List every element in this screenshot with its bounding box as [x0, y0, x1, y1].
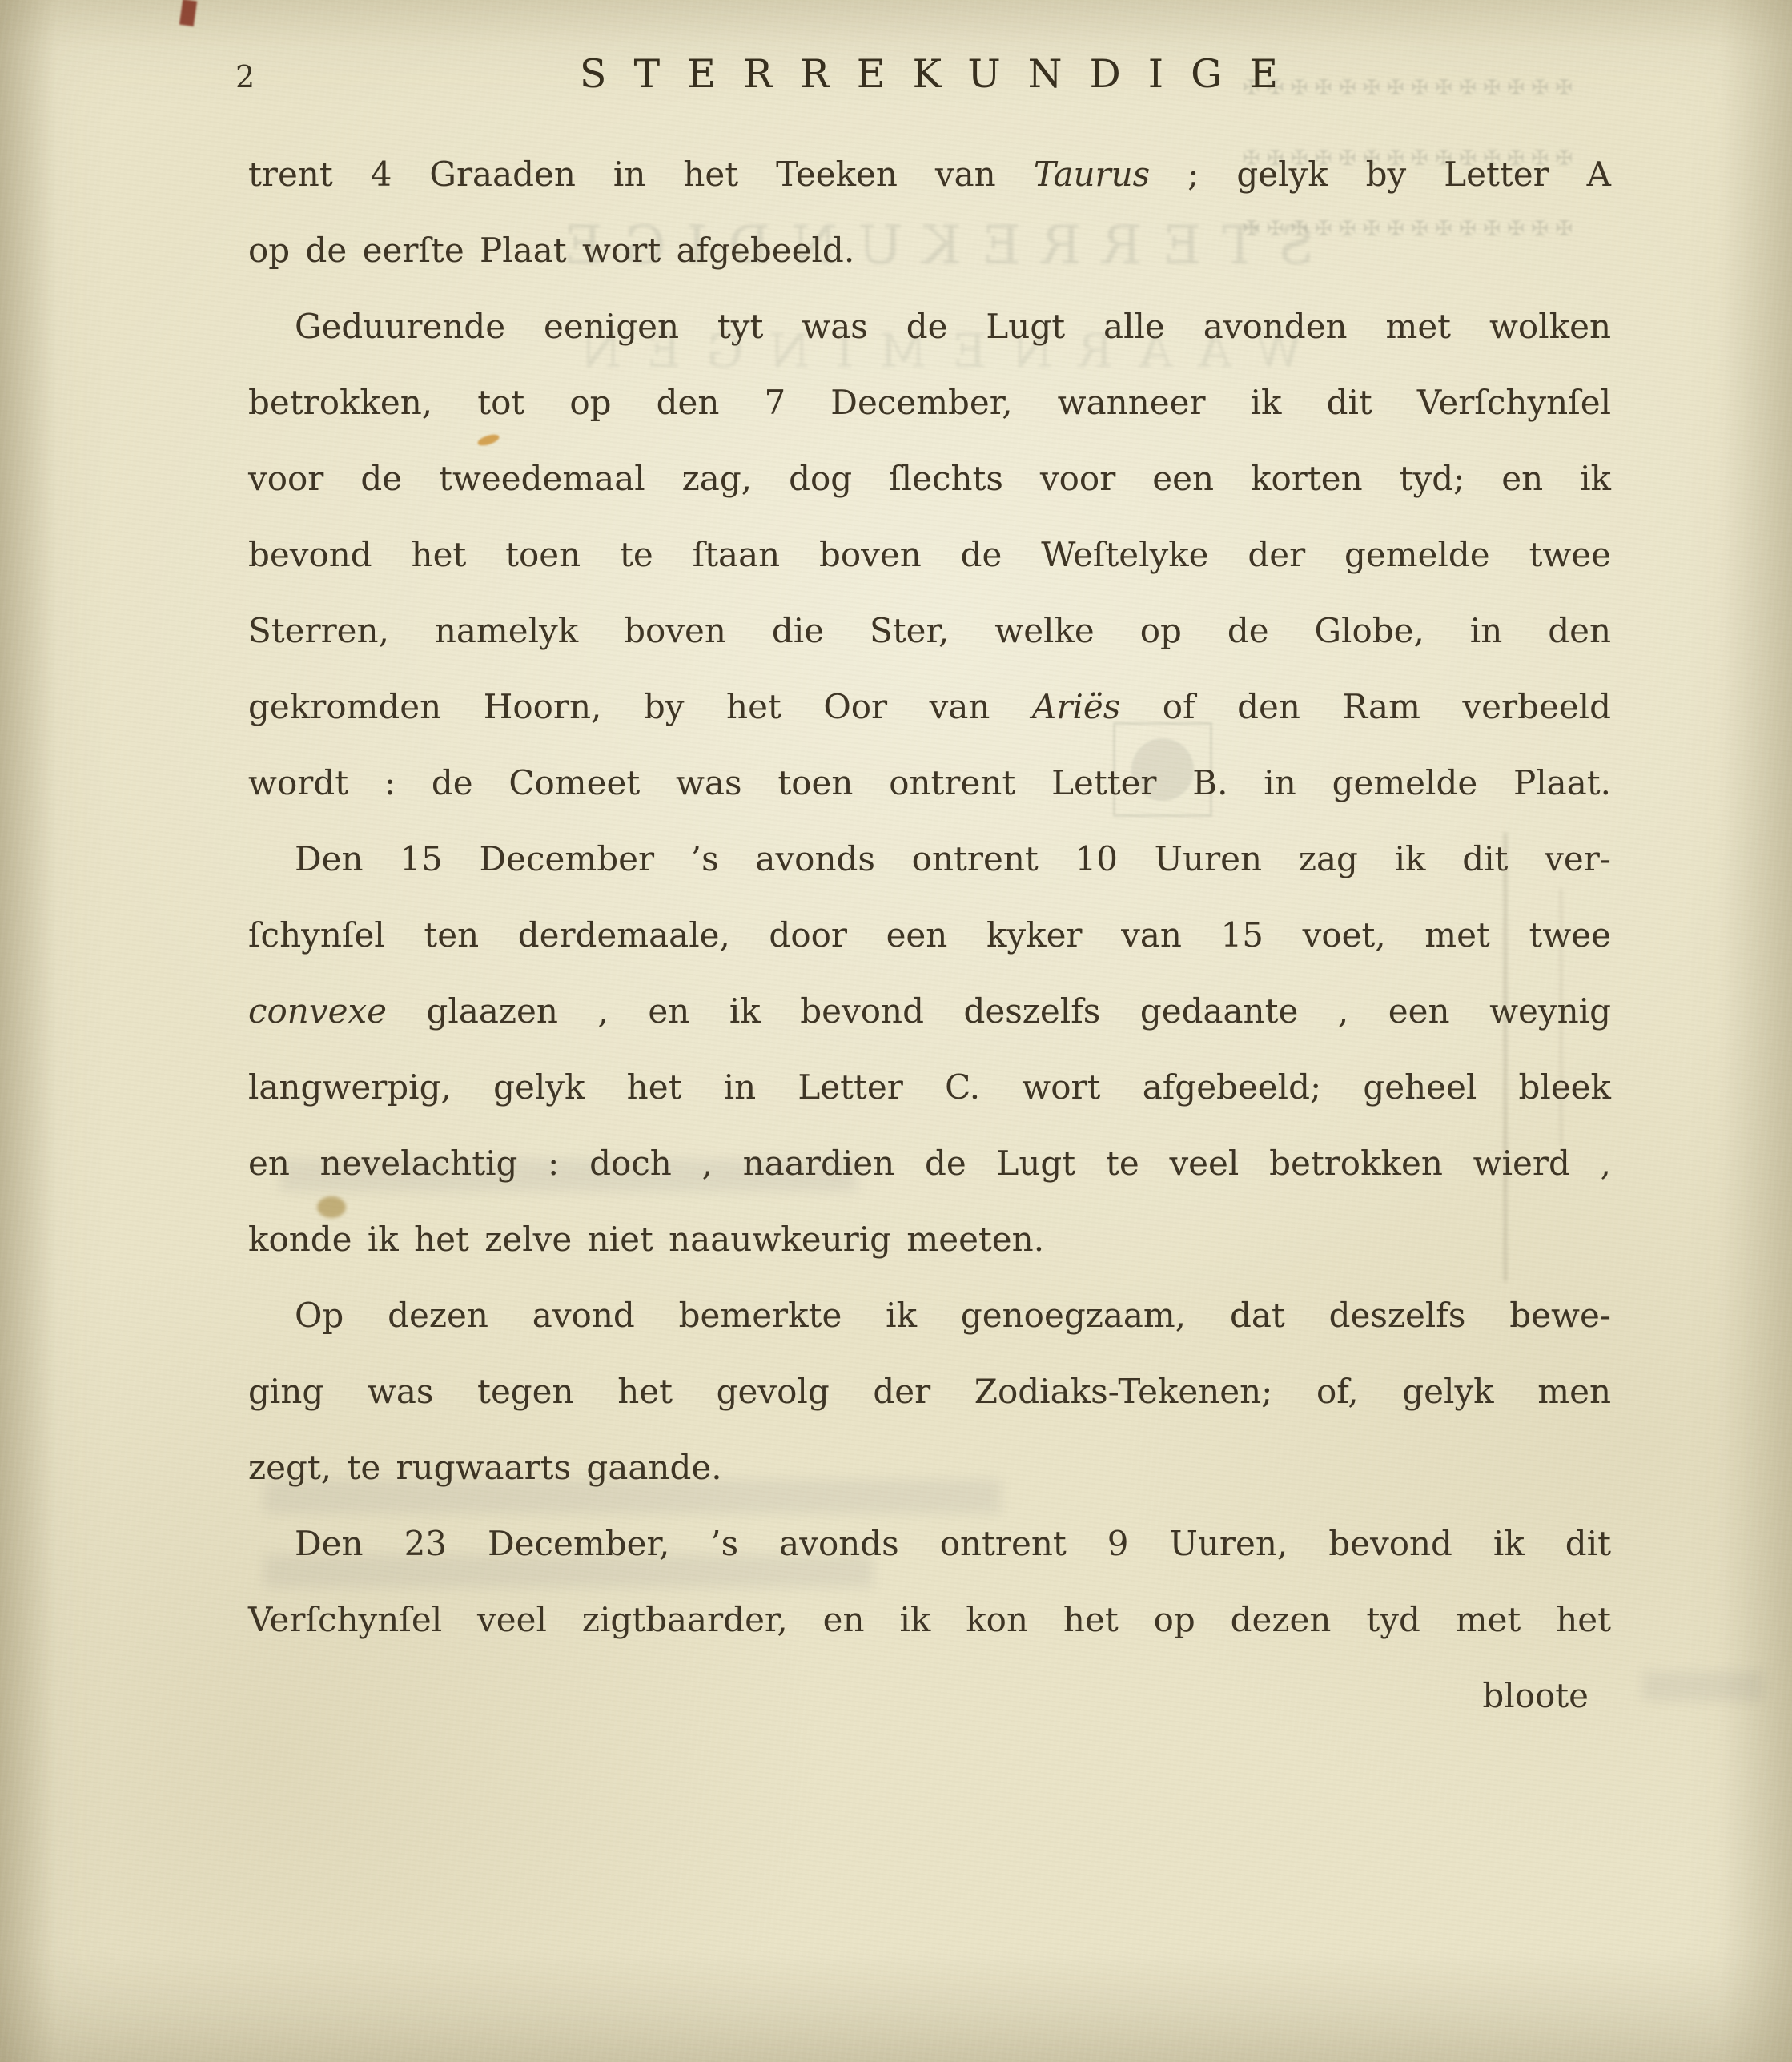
text-line: Den 23 December, ’s avonds ontrent 9 Uur… [248, 1505, 1611, 1582]
text-line: konde ik het zelve niet naauwkeurig meet… [248, 1201, 1611, 1277]
text-line: trent 4 Graaden in het Teeken van Taurus… [248, 136, 1611, 212]
text-segment: Den 23 December, ’s avonds ontrent 9 Uur… [295, 1524, 1611, 1563]
text-segment: Den 15 December ’s avonds ontrent 10 Uur… [295, 839, 1611, 878]
text-line: wordt : de Comeet was toen ontrent Lette… [248, 745, 1611, 821]
text-line: Den 15 December ’s avonds ontrent 10 Uur… [248, 821, 1611, 897]
text-segment: wordt : de Comeet was toen ontrent Lette… [248, 763, 1611, 802]
text-segment: langwerpig, gelyk het in Letter C. wort … [248, 1067, 1611, 1107]
text-line: bevond het toen te ſtaan boven de Weſtel… [248, 517, 1611, 593]
text-segment: Geduurende eenigen tyt was de Lugt alle … [295, 307, 1611, 346]
text-segment: Verſchynſel veel zigtbaarder, en ik kon … [248, 1600, 1611, 1639]
text-segment: betrokken, tot op den 7 December, wannee… [248, 383, 1611, 422]
text-segment: ging was tegen het gevolg der Zodiaks-Te… [248, 1372, 1611, 1411]
text-line: ſchynſel ten derdemaale, door een kyker … [248, 897, 1611, 973]
text-line: Op dezen avond bemerkte ik genoegzaam, d… [248, 1277, 1611, 1353]
text-line: zegt, te rugwaarts gaande. [248, 1429, 1611, 1505]
italic-text: Taurus [1034, 155, 1151, 194]
text-line: voor de tweedemaal zag, dog ſlechts voor… [248, 440, 1611, 517]
text-segment: trent 4 Graaden in het Teeken van [248, 155, 1034, 194]
text-segment: zegt, te rugwaarts gaande. [248, 1448, 722, 1487]
italic-text: Ariës [1032, 687, 1120, 726]
italic-text: convexe [248, 991, 387, 1031]
text-line: op de eerſte Plaat wort afgebeeld. [248, 212, 1611, 288]
text-line: langwerpig, gelyk het in Letter C. wort … [248, 1049, 1611, 1125]
text-segment: gekromden Hoorn, by het Oor van [248, 687, 1032, 726]
text-segment: of den Ram verbeeld [1120, 687, 1611, 726]
text-line: betrokken, tot op den 7 December, wannee… [248, 364, 1611, 440]
text-line: convexe glaazen , en ik bevond deszelfs … [248, 973, 1611, 1049]
text-segment: ſchynſel ten derdemaale, door een kyker … [248, 915, 1611, 955]
text-line: en nevelachtig : doch , naardien de Lugt… [248, 1125, 1611, 1201]
text-segment: ; gelyk by Letter A [1150, 155, 1611, 194]
book-page: ✠ ✠ ✠ ✠ ✠ ✠ ✠ ✠ ✠ ✠ ✠ ✠ ✠ ✠ ✠ ✠ ✠ ✠ ✠ ✠ … [0, 0, 1792, 2062]
text-segment: Op dezen avond bemerkte ik genoegzaam, d… [295, 1296, 1611, 1335]
text-block: trent 4 Graaden in het Teeken van Taurus… [248, 136, 1611, 1658]
text-segment: Sterren, namelyk boven die Ster, welke o… [248, 611, 1611, 650]
text-segment: konde ik het zelve niet naauwkeurig meet… [248, 1220, 1044, 1259]
text-segment: bevond het toen te ſtaan boven de Weſtel… [248, 535, 1611, 574]
running-title: STERREKUNDIGE [248, 51, 1609, 97]
text-segment: op de eerſte Plaat wort afgebeeld. [248, 231, 854, 270]
catchword: bloote [248, 1658, 1609, 1734]
text-segment: en nevelachtig : doch , naardien de Lugt… [248, 1144, 1611, 1183]
text-line: Sterren, namelyk boven die Ster, welke o… [248, 593, 1611, 669]
text-line: Geduurende eenigen tyt was de Lugt alle … [248, 288, 1611, 364]
text-segment: glaazen , en ik bevond deszelfs gedaante… [387, 991, 1611, 1031]
text-segment: voor de tweedemaal zag, dog ſlechts voor… [248, 459, 1611, 498]
text-line: ging was tegen het gevolg der Zodiaks-Te… [248, 1353, 1611, 1429]
text-line: Verſchynſel veel zigtbaarder, en ik kon … [248, 1582, 1611, 1658]
text-line: gekromden Hoorn, by het Oor van Ariës of… [248, 669, 1611, 745]
